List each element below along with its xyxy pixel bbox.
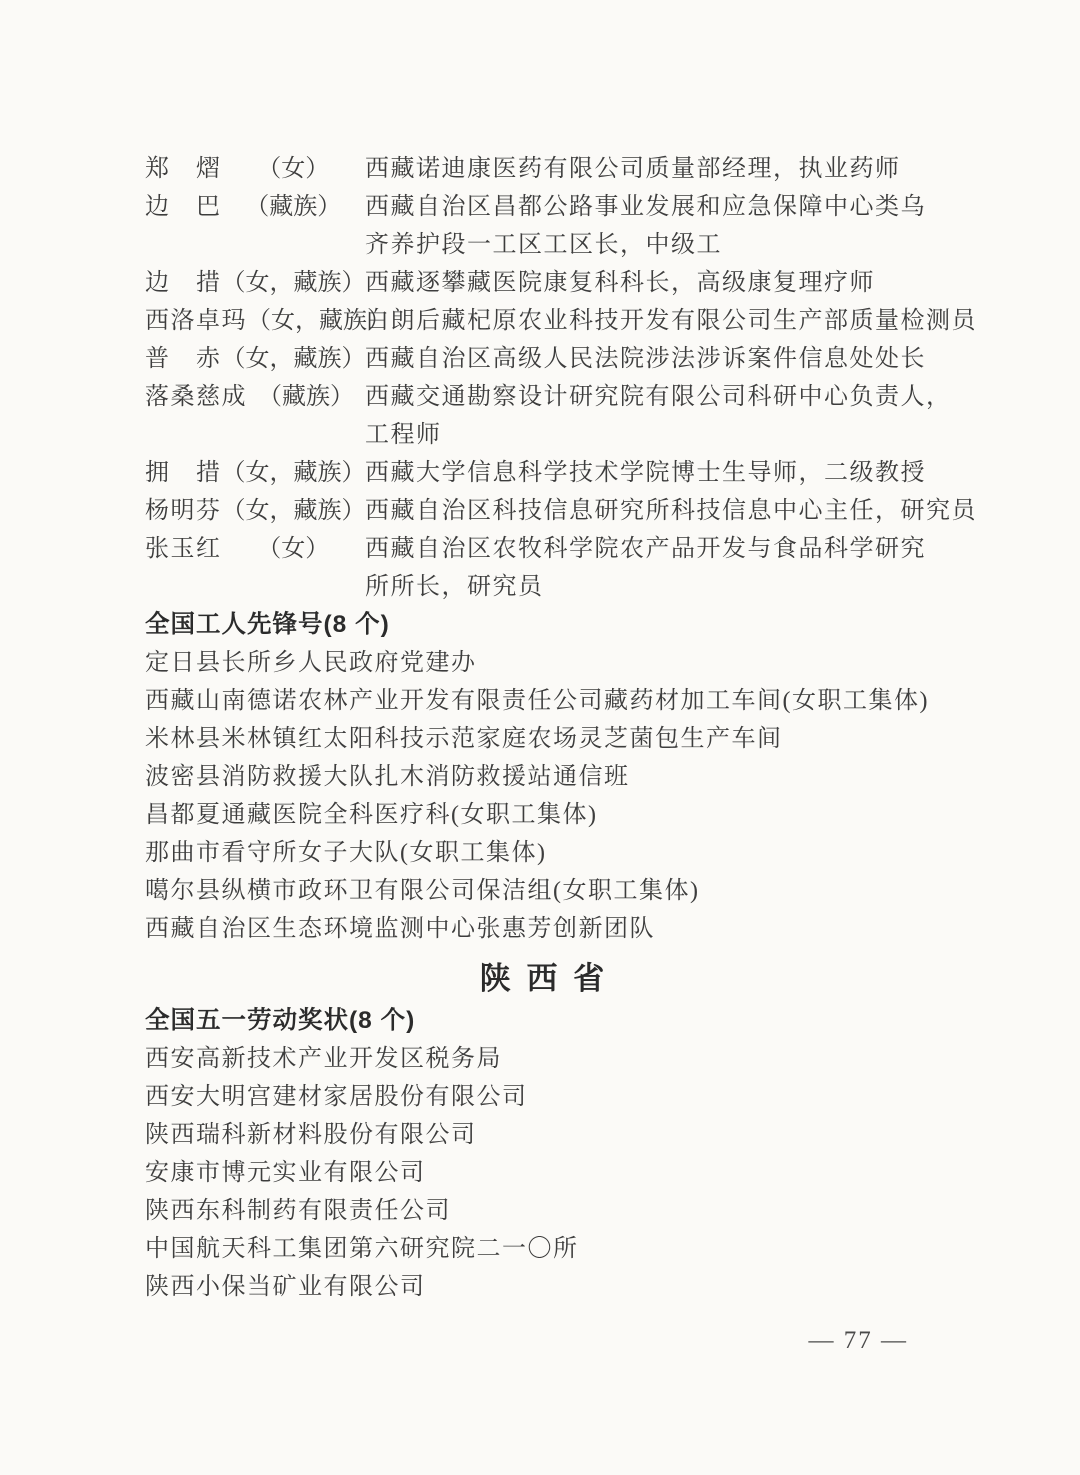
honoree-name: 普 赤 [145, 340, 222, 378]
document-page: 郑 熠（女）西藏诺迪康医药有限公司质量部经理，执业药师边 巴（藏族）西藏自治区昌… [0, 0, 1080, 1475]
honoree-tag: （藏族） [247, 378, 365, 416]
may-day-certificate-list: 西安高新技术产业开发区税务局西安大明宫建材家居股份有限公司陕西瑞科新材料股份有限… [145, 1040, 943, 1306]
honoree-name: 边 巴 [145, 188, 222, 226]
honoree-description-line: 所所长，研究员 [365, 568, 943, 606]
honoree-description: 西藏自治区科技信息研究所科技信息中心主任，研究员 [365, 492, 977, 530]
page-content: 郑 熠（女）西藏诺迪康医药有限公司质量部经理，执业药师边 巴（藏族）西藏自治区昌… [145, 150, 943, 1306]
honoree-description: 西藏大学信息科学技术学院博士生导师，二级教授 [365, 454, 943, 492]
honoree-description-line: 西藏自治区高级人民法院涉法涉诉案件信息处处长 [365, 340, 943, 378]
may-day-certificate-item: 陕西小保当矿业有限公司 [145, 1268, 943, 1306]
may-day-certificate-item: 陕西瑞科新材料股份有限公司 [145, 1116, 943, 1154]
honoree-name-column: 边 巴（藏族） [145, 188, 365, 226]
honoree-description-line: 西藏逐攀藏医院康复科科长，高级康复理疗师 [365, 264, 943, 302]
honoree-entry: 郑 熠（女）西藏诺迪康医药有限公司质量部经理，执业药师 [145, 150, 943, 188]
honoree-description: 白朗后藏杞原农业科技开发有限公司生产部质量检测员 [365, 302, 977, 340]
honoree-tag: （藏族） [222, 188, 366, 226]
may-day-certificate-item: 中国航天科工集团第六研究院二一〇所 [145, 1230, 943, 1268]
honoree-description: 西藏交通勘察设计研究院有限公司科研中心负责人，工程师 [365, 378, 952, 454]
honoree-description: 西藏自治区高级人民法院涉法涉诉案件信息处处长 [365, 340, 943, 378]
honoree-description-line: 西藏自治区昌都公路事业发展和应急保障中心类乌 [365, 188, 943, 226]
honoree-tag: （女） [222, 530, 366, 568]
honoree-name: 落桑慈成 [145, 378, 247, 416]
honoree-name-column: 拥 措（女，藏族） [145, 454, 365, 492]
honoree-name: 张玉红 [145, 530, 222, 568]
honoree-description-line: 西藏自治区农牧科学院农产品开发与食品科学研究 [365, 530, 943, 568]
honoree-entry: 西洛卓玛（女，藏族）白朗后藏杞原农业科技开发有限公司生产部质量检测员 [145, 302, 943, 340]
may-day-certificate-item: 安康市博元实业有限公司 [145, 1154, 943, 1192]
honoree-name-column: 落桑慈成（藏族） [145, 378, 365, 416]
worker-pioneer-item: 西藏山南德诺农林产业开发有限责任公司藏药材加工车间(女职工集体) [145, 682, 943, 720]
honoree-tag: （女，藏族） [222, 454, 366, 492]
worker-pioneer-heading: 全国工人先锋号(8 个) [145, 606, 943, 644]
province-heading: 陕 西 省 [145, 956, 943, 1002]
honoree-description: 西藏自治区昌都公路事业发展和应急保障中心类乌齐养护段一工区工区长，中级工 [365, 188, 943, 264]
worker-pioneer-item: 那曲市看守所女子大队(女职工集体) [145, 834, 943, 872]
honoree-entry: 边 措（女，藏族）西藏逐攀藏医院康复科科长，高级康复理疗师 [145, 264, 943, 302]
may-day-certificate-heading: 全国五一劳动奖状(8 个) [145, 1002, 943, 1040]
honoree-name-column: 边 措（女，藏族） [145, 264, 365, 302]
honoree-description-line: 西藏大学信息科学技术学院博士生导师，二级教授 [365, 454, 943, 492]
honoree-tag: （女） [222, 150, 366, 188]
honoree-name: 郑 熠 [145, 150, 222, 188]
honoree-description-line: 西藏诺迪康医药有限公司质量部经理，执业药师 [365, 150, 943, 188]
honoree-description-line: 白朗后藏杞原农业科技开发有限公司生产部质量检测员 [365, 302, 977, 340]
honoree-description-line: 西藏自治区科技信息研究所科技信息中心主任，研究员 [365, 492, 977, 530]
worker-pioneer-item: 波密县消防救援大队扎木消防救援站通信班 [145, 758, 943, 796]
honoree-tag: （女，藏族） [222, 492, 366, 530]
honoree-name-column: 张玉红（女） [145, 530, 365, 568]
honoree-name: 边 措 [145, 264, 222, 302]
honoree-description: 西藏逐攀藏医院康复科科长，高级康复理疗师 [365, 264, 943, 302]
honoree-name: 西洛卓玛 [145, 302, 247, 340]
may-day-certificate-item: 西安高新技术产业开发区税务局 [145, 1040, 943, 1078]
honoree-description: 西藏诺迪康医药有限公司质量部经理，执业药师 [365, 150, 943, 188]
worker-pioneer-item: 西藏自治区生态环境监测中心张惠芳创新团队 [145, 910, 943, 948]
worker-pioneer-item: 噶尔县纵横市政环卫有限公司保洁组(女职工集体) [145, 872, 943, 910]
honoree-entry: 普 赤（女，藏族）西藏自治区高级人民法院涉法涉诉案件信息处处长 [145, 340, 943, 378]
honoree-name-column: 郑 熠（女） [145, 150, 365, 188]
honoree-name-column: 西洛卓玛（女，藏族） [145, 302, 365, 340]
honoree-entry: 杨明芬（女，藏族）西藏自治区科技信息研究所科技信息中心主任，研究员 [145, 492, 943, 530]
honoree-entry: 落桑慈成（藏族）西藏交通勘察设计研究院有限公司科研中心负责人，工程师 [145, 378, 943, 454]
worker-pioneer-item: 定日县长所乡人民政府党建办 [145, 644, 943, 682]
honoree-tag: （女，藏族） [247, 302, 365, 340]
honoree-description-line: 西藏交通勘察设计研究院有限公司科研中心负责人， [365, 378, 952, 416]
honoree-entry: 张玉红（女）西藏自治区农牧科学院农产品开发与食品科学研究所所长，研究员 [145, 530, 943, 606]
honoree-description-line: 齐养护段一工区工区长，中级工 [365, 226, 943, 264]
honoree-description: 西藏自治区农牧科学院农产品开发与食品科学研究所所长，研究员 [365, 530, 943, 606]
honoree-name-column: 杨明芬（女，藏族） [145, 492, 365, 530]
honoree-entry: 拥 措（女，藏族）西藏大学信息科学技术学院博士生导师，二级教授 [145, 454, 943, 492]
honoree-list: 郑 熠（女）西藏诺迪康医药有限公司质量部经理，执业药师边 巴（藏族）西藏自治区昌… [145, 150, 943, 606]
honoree-tag: （女，藏族） [222, 340, 366, 378]
page-number: — 77 — [809, 1322, 909, 1360]
honoree-name: 杨明芬 [145, 492, 222, 530]
honoree-name-column: 普 赤（女，藏族） [145, 340, 365, 378]
worker-pioneer-item: 米林县米林镇红太阳科技示范家庭农场灵芝菌包生产车间 [145, 720, 943, 758]
honoree-description-line: 工程师 [365, 416, 952, 454]
may-day-certificate-item: 西安大明宫建材家居股份有限公司 [145, 1078, 943, 1116]
may-day-certificate-item: 陕西东科制药有限责任公司 [145, 1192, 943, 1230]
honoree-name: 拥 措 [145, 454, 222, 492]
worker-pioneer-list: 定日县长所乡人民政府党建办西藏山南德诺农林产业开发有限责任公司藏药材加工车间(女… [145, 644, 943, 948]
worker-pioneer-item: 昌都夏通藏医院全科医疗科(女职工集体) [145, 796, 943, 834]
honoree-entry: 边 巴（藏族）西藏自治区昌都公路事业发展和应急保障中心类乌齐养护段一工区工区长，… [145, 188, 943, 264]
honoree-tag: （女，藏族） [222, 264, 366, 302]
